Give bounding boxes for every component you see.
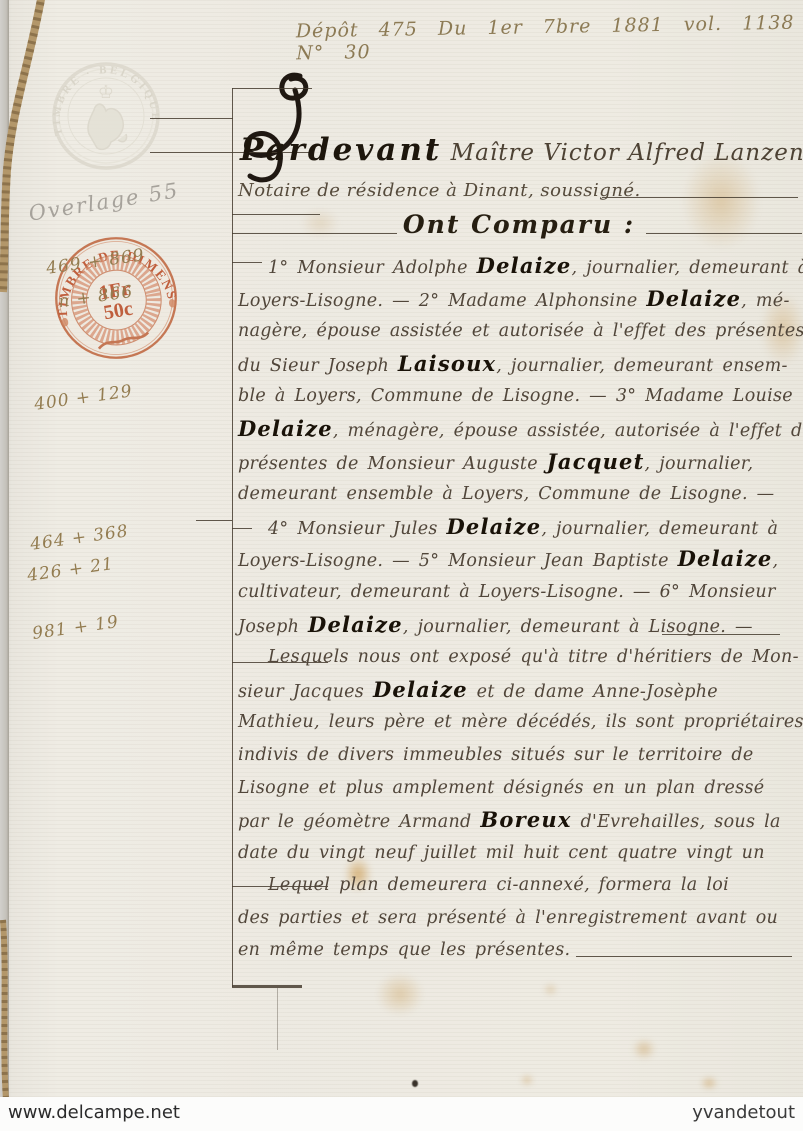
body-text-segment: présentes de Monsieur Auguste: [238, 454, 547, 474]
body-line: nagère, épouse assistée et autorisée à l…: [238, 315, 803, 348]
body-line: date du vingt neuf juillet mil huit cent…: [238, 837, 803, 870]
body-text-segment: nagère, épouse assistée et autorisée à l…: [238, 321, 803, 341]
surname-emphasis: Delaize: [238, 416, 333, 441]
body-text-segment: , journalier, demeurant ensem-: [496, 356, 787, 376]
registry-header-line: Dépôt 475 Du 1er 7bre 1881 vol. 1138 N° …: [296, 12, 797, 65]
surname-emphasis: Boreux: [480, 807, 571, 832]
body-text-segment: Lesquels nous ont exposé qu'à titre d'hé…: [268, 647, 799, 667]
body-line: Mathieu, leurs père et mère décédés, ils…: [238, 706, 803, 739]
section-end-rule: [232, 985, 302, 988]
body-text-segment: ble à Loyers, Commune de Lisogne. — 3° M…: [238, 386, 793, 406]
margin-rule: [196, 520, 232, 521]
margin-rule-vertical: [232, 88, 233, 987]
body-line: demeurant ensemble à Loyers, Commune de …: [238, 478, 803, 511]
body-line: 4° Monsieur Jules Delaize, journalier, d…: [238, 511, 803, 544]
body-text-segment: Loyers-Lisogne. — 2° Madame Alphonsine: [238, 291, 646, 311]
watermark-site-text: www.delcampe.net: [8, 1102, 180, 1123]
watermark-bar: www.delcampe.net yvandetout: [0, 1097, 803, 1131]
notary-name: Maître Victor Alfred Lanzenx: [442, 140, 803, 166]
body-line: ble à Loyers, Commune de Lisogne. — 3° M…: [238, 380, 803, 413]
body-text-segment: des parties et sera présenté à l'enregis…: [238, 908, 778, 928]
embossed-seal: TIMBRE · BELGIQUE ♔: [48, 58, 164, 174]
body-text-segment: Mathieu, leurs père et mère décédés, ils…: [238, 712, 803, 732]
body-text-segment: cultivateur, demeurant à Loyers-Lisogne.…: [238, 582, 776, 602]
body-line: des parties et sera présenté à l'enregis…: [238, 902, 803, 935]
body-text-segment: indivis de divers immeubles situés sur l…: [238, 745, 754, 765]
body-text-segment: par le géomètre Armand: [238, 812, 480, 832]
margin-rule: [232, 88, 312, 89]
body-line: Loyers-Lisogne. — 2° Madame Alphonsine D…: [238, 283, 803, 316]
body-text-segment: , journalier, demeurant à: [572, 258, 803, 278]
body-text-segment: , ménagère, épouse assistée, autorisée à…: [333, 421, 803, 441]
surname-emphasis: Delaize: [447, 514, 542, 539]
body-text-segment: d'Evrehailles, sous la: [572, 812, 781, 832]
body-line: indivis de divers immeubles situés sur l…: [238, 739, 803, 772]
body-line: par le géomètre Armand Boreux d'Evrehail…: [238, 804, 803, 837]
surname-emphasis: Delaize: [477, 253, 572, 278]
watermark-seller-text: yvandetout: [692, 1102, 795, 1123]
body-line: Lequel plan demeurera ci-annexé, formera…: [238, 869, 803, 902]
opening-word: Pardevant: [240, 132, 442, 168]
body-line: sieur Jacques Delaize et de dame Anne-Jo…: [238, 674, 803, 707]
body-line: Delaize, ménagère, épouse assistée, auto…: [238, 413, 803, 446]
body-text-segment: Lisogne et plus amplement désignés en un…: [238, 778, 764, 798]
body-text-segment: date du vingt neuf juillet mil huit cent…: [238, 843, 765, 863]
seal-lion-icon: [88, 104, 127, 149]
body-line: Loyers-Lisogne. — 5° Monsieur Jean Bapti…: [238, 543, 803, 576]
body-text-segment: Joseph: [238, 617, 308, 637]
body-line: 1° Monsieur Adolphe Delaize, journalier,…: [238, 250, 803, 283]
notary-residence-line: Notaire de résidence à Dinant, soussigné…: [238, 180, 800, 201]
body-line: Joseph Delaize, journalier, demeurant à …: [238, 609, 803, 642]
body-text-segment: , journalier,: [645, 454, 754, 474]
body-line: du Sieur Joseph Laisoux, journalier, dem…: [238, 348, 803, 381]
comparu-heading: Ont Comparu :: [238, 210, 800, 239]
body-text-segment: ,: [772, 551, 778, 571]
surname-emphasis: Delaize: [373, 677, 468, 702]
body-text-segment: 1° Monsieur Adolphe: [268, 258, 477, 278]
surname-emphasis: Jacquet: [547, 449, 645, 474]
body-text-segment: Lequel plan demeurera ci-annexé, formera…: [268, 875, 729, 895]
body-text-segment: et de dame Anne-Josèphe: [468, 682, 718, 702]
body-text-segment: du Sieur Joseph: [238, 356, 398, 376]
seal-crown-icon: ♔: [98, 82, 114, 103]
margin-rule: [150, 118, 233, 119]
body-text-segment: 4° Monsieur Jules: [268, 519, 447, 539]
surname-emphasis: Delaize: [646, 286, 741, 311]
faint-rule: [277, 988, 278, 1050]
body-text-segment: sieur Jacques: [238, 682, 373, 702]
body-line: Lesquels nous ont exposé qu'à titre d'hé…: [238, 641, 803, 674]
surname-emphasis: Delaize: [308, 612, 403, 637]
surname-emphasis: Delaize: [678, 546, 773, 571]
surname-emphasis: Laisoux: [398, 351, 496, 376]
body-line: Lisogne et plus amplement désignés en un…: [238, 772, 803, 805]
opening-line: Pardevant Maître Victor Alfred Lanzenx: [240, 132, 802, 168]
body-text-segment: demeurant ensemble à Loyers, Commune de …: [238, 484, 774, 504]
body-line: présentes de Monsieur Auguste Jacquet, j…: [238, 446, 803, 479]
body-text-segment: , journalier, demeurant à Lisogne. —: [403, 617, 753, 637]
body-text-segment: en même temps que les présentes.: [238, 940, 570, 960]
body-text-segment: , journalier, demeurant à: [541, 519, 778, 539]
body-text-segment: Loyers-Lisogne. — 5° Monsieur Jean Bapti…: [238, 551, 678, 571]
scanned-notarial-deed-page: TIMBRE · BELGIQUE ♔ Dépôt 475 Du 1er 7br…: [0, 0, 803, 1131]
body-lines: 1° Monsieur Adolphe Delaize, journalier,…: [238, 250, 803, 967]
body-line: cultivateur, demeurant à Loyers-Lisogne.…: [238, 576, 803, 609]
body-text-segment: , mé-: [741, 291, 790, 311]
body-line: en même temps que les présentes.: [238, 934, 803, 967]
